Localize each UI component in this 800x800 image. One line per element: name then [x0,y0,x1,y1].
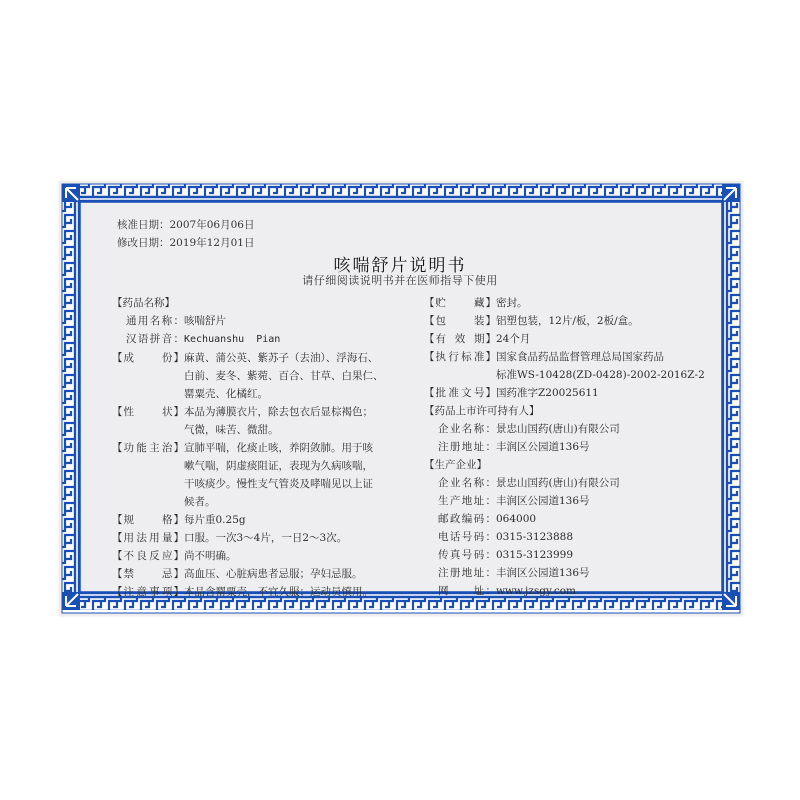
section-value-line: 尚不明确。 [184,547,422,565]
section-label-text: 执行标准 [435,348,486,366]
info-value: 景忠山国药(唐山)有限公司 [496,477,620,489]
manufacturer-list: 企业名称：景忠山国药(唐山)有限公司生产地址：丰润区公园道136号邮政编码：06… [424,474,724,600]
info-value: 丰润区公园道136号 [496,441,590,453]
section-value: 24个月 [496,330,724,348]
info-key: 邮政编码： [438,510,496,528]
section-label-text: 贮藏 [435,294,486,312]
section-label-text: 包装 [435,312,486,330]
generic-name-label: 通用名称： [126,312,184,330]
info-row: 传真号码：0315-3123999 [424,546,724,564]
drug-name-header: 【药品名称】 [112,294,422,312]
section-label-text: 性状 [123,403,174,421]
section-value: 铝塑包装，12片/板，2板/盒。 [496,312,724,330]
section-value-line: 麻黄、蒲公英、紫苏子（去油）、浮海石、 [184,349,422,367]
section-value: 本品为薄膜衣片，除去包衣后显棕褐色；气微，味苦、微甜。 [184,403,422,439]
approval-date-row: 核准日期：2007年06月06日 [117,216,254,234]
section-label-text: 成份 [123,349,174,367]
info-key: 企业名称： [438,420,496,438]
section-value: 尚不明确。 [184,547,422,565]
pinyin-label: 汉语拼音： [126,330,184,348]
section-value-line: 24个月 [496,330,724,348]
section-value: 密封。 [496,294,724,312]
pinyin: Kechuanshu Pian [184,334,280,345]
info-value: 064000 [496,513,536,525]
section-label: 【性状】 [112,403,184,421]
section-label: 【贮藏】 [424,294,496,312]
section-value-line: 宣肺平喘，化痰止咳，养阴敛肺。用于咳 [184,439,422,457]
section-value-line: 国药准字Z20025611 [496,384,724,402]
info-key: 注册地址： [438,438,496,456]
section-label-text: 用法用量 [123,529,174,547]
section-value: 每片重0.25g [184,511,422,529]
section-value: 本品含罂粟壳，不宜久服；运动员慎用。 [184,583,422,601]
section-row: 【规格】每片重0.25g [112,511,422,529]
pinyin-row: 汉语拼音：Kechuanshu Pian [112,330,422,349]
approval-date-label: 核准日期： [117,219,170,231]
section-row: 【用法用量】口服。一次3～4片，一日2～3次。 [112,529,422,547]
holder-list: 企业名称：景忠山国药(唐山)有限公司注册地址：丰润区公园道136号 [424,420,724,456]
section-row: 【包装】铝塑包装，12片/板，2板/盒。 [424,312,724,330]
info-key: 企业名称： [438,474,496,492]
info-key: 网 址： [438,582,496,600]
info-key: 传真号码： [438,546,496,564]
section-row: 【注意事项】本品含罂粟壳，不宜久服；运动员慎用。 [112,583,422,601]
right-column: 【贮藏】密封。【包装】铝塑包装，12片/板，2板/盒。【有效期】24个月【执行标… [424,294,724,600]
section-label: 【规格】 [112,511,184,529]
info-row: 电话号码：0315-3123888 [424,528,724,546]
section-value: 宣肺平喘，化痰止咳，养阴敛肺。用于咳嗽气喘，阴虚痰阻证，表现为久病咳喘，干咳痰少… [184,439,422,511]
section-label: 【注意事项】 [112,583,184,601]
section-value-line: 标准WS-10428(ZD-0428)-2002-2016Z-2 [496,366,724,384]
section-value-line: 本品含罂粟壳，不宜久服；运动员慎用。 [184,583,422,601]
revision-date-row: 修改日期：2019年12月01日 [117,234,254,252]
section-value-line: 候者。 [184,493,422,511]
dates-block: 核准日期：2007年06月06日 修改日期：2019年12月01日 [117,216,254,252]
section-value-line: 高血压、心脏病患者忌服；孕妇忌服。 [184,565,422,583]
section-row: 【功能主治】宣肺平喘，化痰止咳，养阴敛肺。用于咳嗽气喘，阴虚痰阻证，表现为久病咳… [112,439,422,511]
section-label: 【禁忌】 [112,565,184,583]
info-key: 生产地址： [438,492,496,510]
section-value: 高血压、心脏病患者忌服；孕妇忌服。 [184,565,422,583]
generic-name: 咳喘舒片 [184,315,226,327]
section-label: 【用法用量】 [112,529,184,547]
section-value-line: 气微，味苦、微甜。 [184,421,422,439]
section-label: 【功能主治】 [112,439,184,457]
section-label-text: 批准文号 [435,384,486,402]
section-label-text: 有效期 [435,330,486,348]
section-label-text: 不良反应 [123,547,174,565]
section-row: 【成份】麻黄、蒲公英、紫苏子（去油）、浮海石、白前、麦冬、紫菀、百合、甘草、白果… [112,349,422,403]
info-row: 生产地址：丰润区公园道136号 [424,492,724,510]
section-row: 【禁忌】高血压、心脏病患者忌服；孕妇忌服。 [112,565,422,583]
section-value-line: 密封。 [496,294,724,312]
section-row: 【不良反应】尚不明确。 [112,547,422,565]
section-value-line: 铝塑包装，12片/板，2板/盒。 [496,312,724,330]
section-value-line: 本品为薄膜衣片，除去包衣后显棕褐色； [184,403,422,421]
section-row: 【贮藏】密封。 [424,294,724,312]
info-row: 邮政编码：064000 [424,510,724,528]
section-label: 【执行标准】 [424,348,496,366]
revision-date: 2019年12月01日 [170,237,255,249]
section-value-line: 嗽气喘，阴虚痰阻证，表现为久病咳喘， [184,457,422,475]
section-value-line: 干咳痰少。慢性支气管炎及哮喘见以上证 [184,475,422,493]
right-sections: 【贮藏】密封。【包装】铝塑包装，12片/板，2板/盒。【有效期】24个月【执行标… [424,294,724,402]
info-key: 电话号码： [438,528,496,546]
info-value: 丰润区公园道136号 [496,495,590,507]
approval-date: 2007年06月06日 [170,219,255,231]
section-row: 【性状】本品为薄膜衣片，除去包衣后显棕褐色；气微，味苦、微甜。 [112,403,422,439]
section-row: 【执行标准】国家食品药品监督管理总局国家药品标准WS-10428(ZD-0428… [424,348,724,384]
revision-date-label: 修改日期： [117,237,170,249]
info-row: 注册地址：丰润区公园道136号 [424,564,724,582]
section-label: 【有效期】 [424,330,496,348]
section-value-line: 白前、麦冬、紫菀、百合、甘草、白果仁、 [184,367,422,385]
section-label-text: 功能主治 [123,439,174,457]
section-label: 【批准文号】 [424,384,496,402]
section-label-text: 规格 [123,511,174,529]
info-row: 企业名称：景忠山国药(唐山)有限公司 [424,474,724,492]
info-value: 景忠山国药(唐山)有限公司 [496,423,620,435]
section-label: 【成份】 [112,349,184,367]
left-column: 【药品名称】 通用名称：咳喘舒片 汉语拼音：Kechuanshu Pian 【成… [112,294,422,601]
left-sections: 【成份】麻黄、蒲公英、紫苏子（去油）、浮海石、白前、麦冬、紫菀、百合、甘草、白果… [112,349,422,601]
section-value: 麻黄、蒲公英、紫苏子（去油）、浮海石、白前、麦冬、紫菀、百合、甘草、白果仁、罂粟… [184,349,422,403]
website-link[interactable]: www.jzsgy.com [496,585,576,597]
section-label-text: 注意事项 [123,583,174,601]
manufacturer-header: 【生产企业】 [424,456,724,474]
generic-name-row: 通用名称：咳喘舒片 [112,312,422,330]
section-label-text: 禁忌 [123,565,174,583]
section-label: 【不良反应】 [112,547,184,565]
info-row: 企业名称：景忠山国药(唐山)有限公司 [424,420,724,438]
section-value-line: 国家食品药品监督管理总局国家药品 [496,348,724,366]
section-label: 【包装】 [424,312,496,330]
document-subtitle: 请仔细阅读说明书并在医师指导下使用 [0,272,800,288]
info-value: 丰润区公园道136号 [496,567,590,579]
info-value: 0315-3123999 [496,549,573,561]
holder-header: 【药品上市许可持有人】 [424,402,724,420]
info-value: 0315-3123888 [496,531,573,543]
section-value: 国家食品药品监督管理总局国家药品标准WS-10428(ZD-0428)-2002… [496,348,724,384]
section-value-line: 罂粟壳、化橘红。 [184,385,422,403]
section-value-line: 口服。一次3～4片，一日2～3次。 [184,529,422,547]
section-value-line: 每片重0.25g [184,511,422,529]
section-row: 【有效期】24个月 [424,330,724,348]
info-row: 网 址：www.jzsgy.com [424,582,724,600]
section-row: 【批准文号】国药准字Z20025611 [424,384,724,402]
section-value: 口服。一次3～4片，一日2～3次。 [184,529,422,547]
info-row: 注册地址：丰润区公园道136号 [424,438,724,456]
info-key: 注册地址： [438,564,496,582]
section-value: 国药准字Z20025611 [496,384,724,402]
